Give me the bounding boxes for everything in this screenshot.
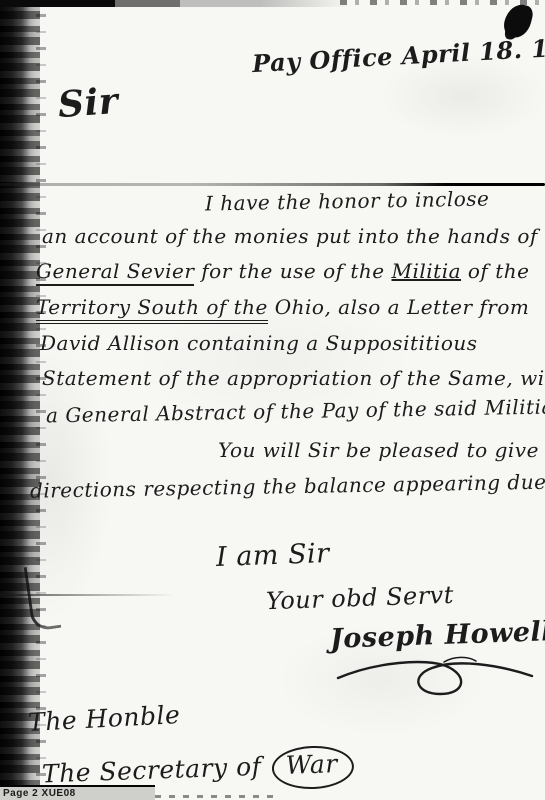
body-line-7: a General Abstract of the Pay of the sai… [46, 395, 545, 428]
underlined-militia: Militia [392, 259, 462, 283]
scan-edge-artifact-left [0, 0, 40, 800]
scan-edge-speckles-top [340, 0, 545, 5]
body-line-2: an account of the monies put into the ha… [42, 224, 538, 248]
letter-dateline: Pay Office April 18. 1792 [251, 31, 545, 78]
address-honble: The Honble [27, 700, 181, 737]
body-line-5: David Allison containing a Supposititiou… [40, 331, 478, 355]
body-line-9: directions respecting the balance appear… [30, 469, 545, 502]
closing-line-2: Your obd Servt [266, 581, 455, 616]
underlined-territory: Territory South of the [36, 295, 268, 324]
body-line-4-end: Ohio, also a Letter from [268, 295, 529, 319]
body-line-3-mid: for the use of the [194, 259, 391, 283]
body-line-8: You will Sir be pleased to give [218, 438, 539, 462]
closing-line-1: I am Sir [215, 538, 330, 573]
address-line-2-text: The Secretary of [41, 751, 270, 788]
letter-salutation: Sir [57, 80, 120, 126]
fold-crease-upper [0, 183, 545, 186]
circled-war-flourish: War [271, 745, 354, 791]
body-line-3: General Sevier for the use of the Militi… [36, 259, 529, 283]
footer-speckles [155, 795, 275, 798]
fold-crease-lower [0, 594, 175, 596]
scanned-letter-page: Pay Office April 18. 1792 Sir I have the… [0, 0, 545, 800]
underlined-general-sevier: General Sevier [36, 259, 194, 286]
page-id-label: Page 2 XUE08 [0, 785, 155, 800]
body-line-4: Territory South of the Ohio, also a Lett… [36, 295, 529, 319]
body-line-1: I have the honor to inclose [205, 187, 490, 216]
signature-flourish [336, 648, 536, 700]
body-line-3-end: of the [461, 259, 529, 283]
body-line-6: Statement of the appropriation of the Sa… [42, 366, 545, 390]
scan-edge-artifact-top [0, 0, 350, 7]
